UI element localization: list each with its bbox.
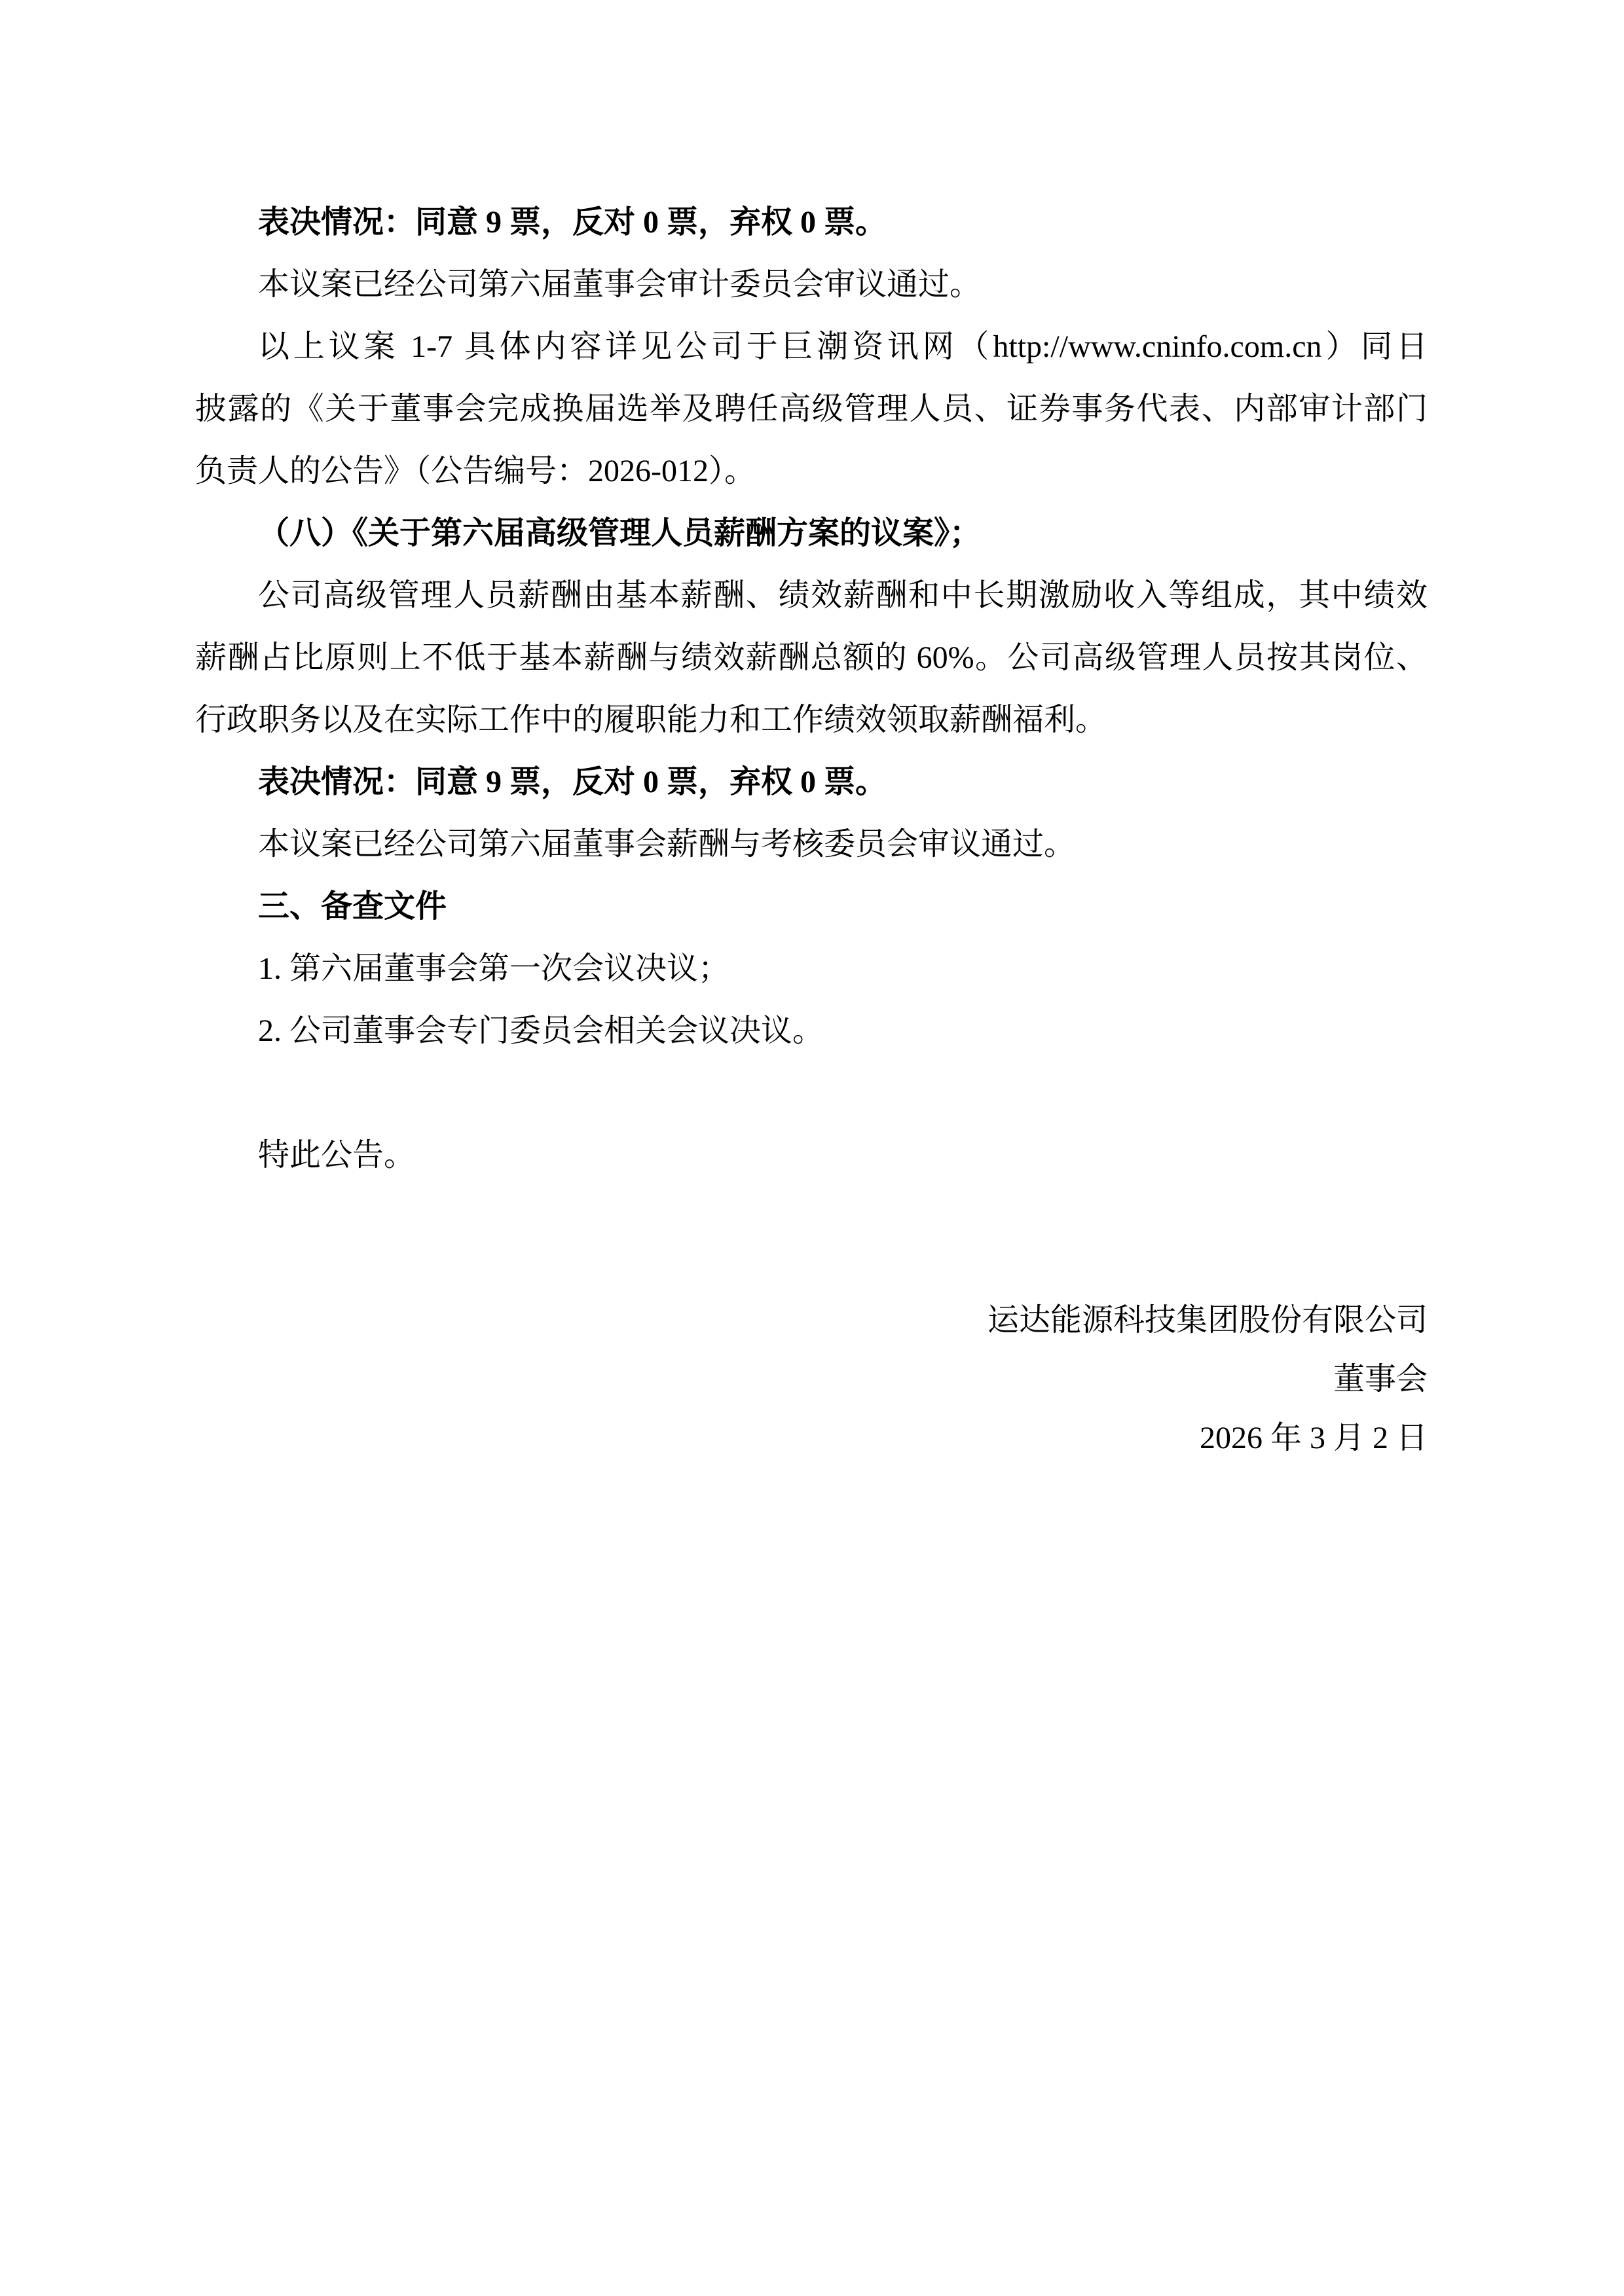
disclosure-paragraph-line-2: 披露的《关于董事会完成换届选举及聘任高级管理人员、证券事务代表、内部审计部门 [195,378,1428,440]
salary-paragraph-line-3: 行政职务以及在实际工作中的履职能力和工作绩效领取薪酬福利。 [195,689,1428,751]
signature-gap [195,1186,1428,1291]
document-page: 表决情况：同意 9 票，反对 0 票，弃权 0 票。 本议案已经公司第六届董事会… [0,0,1624,2296]
remuneration-committee-passed-line: 本议案已经公司第六届董事会薪酬与考核委员会审议通过。 [195,813,1428,875]
signature-date: 2026 年 3 月 2 日 [195,1409,1428,1468]
salary-paragraph-line-2: 薪酬占比原则上不低于基本薪酬与绩效薪酬总额的 60%。公司高级管理人员按其岗位、 [195,627,1428,689]
disclosure-text-suffix: ）同日 [1322,329,1428,364]
section3-title-line: 三、备查文件 [195,875,1428,938]
audit-committee-passed-line: 本议案已经公司第六届董事会审计委员会审议通过。 [195,253,1428,316]
disclosure-text-prefix: 以上议案 1-7 具体内容详见公司于巨潮资讯网（ [258,329,993,364]
closing-line: 特此公告。 [195,1124,1428,1186]
signature-board: 董事会 [195,1350,1428,1409]
disclosure-paragraph-line-1: 以上议案 1-7 具体内容详见公司于巨潮资讯网（http://www.cninf… [195,316,1428,378]
reference-doc-item-1: 1. 第六届董事会第一次会议决议； [195,938,1428,1000]
disclosure-paragraph-line-3: 负责人的公告》（公告编号：2026-012）。 [195,440,1428,502]
blank-line [195,1062,1428,1124]
vote-result-line-2: 表决情况：同意 9 票，反对 0 票，弃权 0 票。 [195,751,1428,813]
vote-result-line-1: 表决情况：同意 9 票，反对 0 票，弃权 0 票。 [195,191,1428,253]
salary-paragraph-line-1: 公司高级管理人员薪酬由基本薪酬、绩效薪酬和中长期激励收入等组成，其中绩效 [195,564,1428,627]
document-body: 表决情况：同意 9 票，反对 0 票，弃权 0 票。 本议案已经公司第六届董事会… [0,0,1624,1468]
signature-company-name: 运达能源科技集团股份有限公司 [195,1291,1428,1350]
reference-doc-item-2: 2. 公司董事会专门委员会相关会议决议。 [195,1000,1428,1062]
item8-title-line: （八）《关于第六届高级管理人员薪酬方案的议案》； [195,502,1428,564]
cninfo-url: http://www.cninfo.com.cn [993,329,1321,364]
